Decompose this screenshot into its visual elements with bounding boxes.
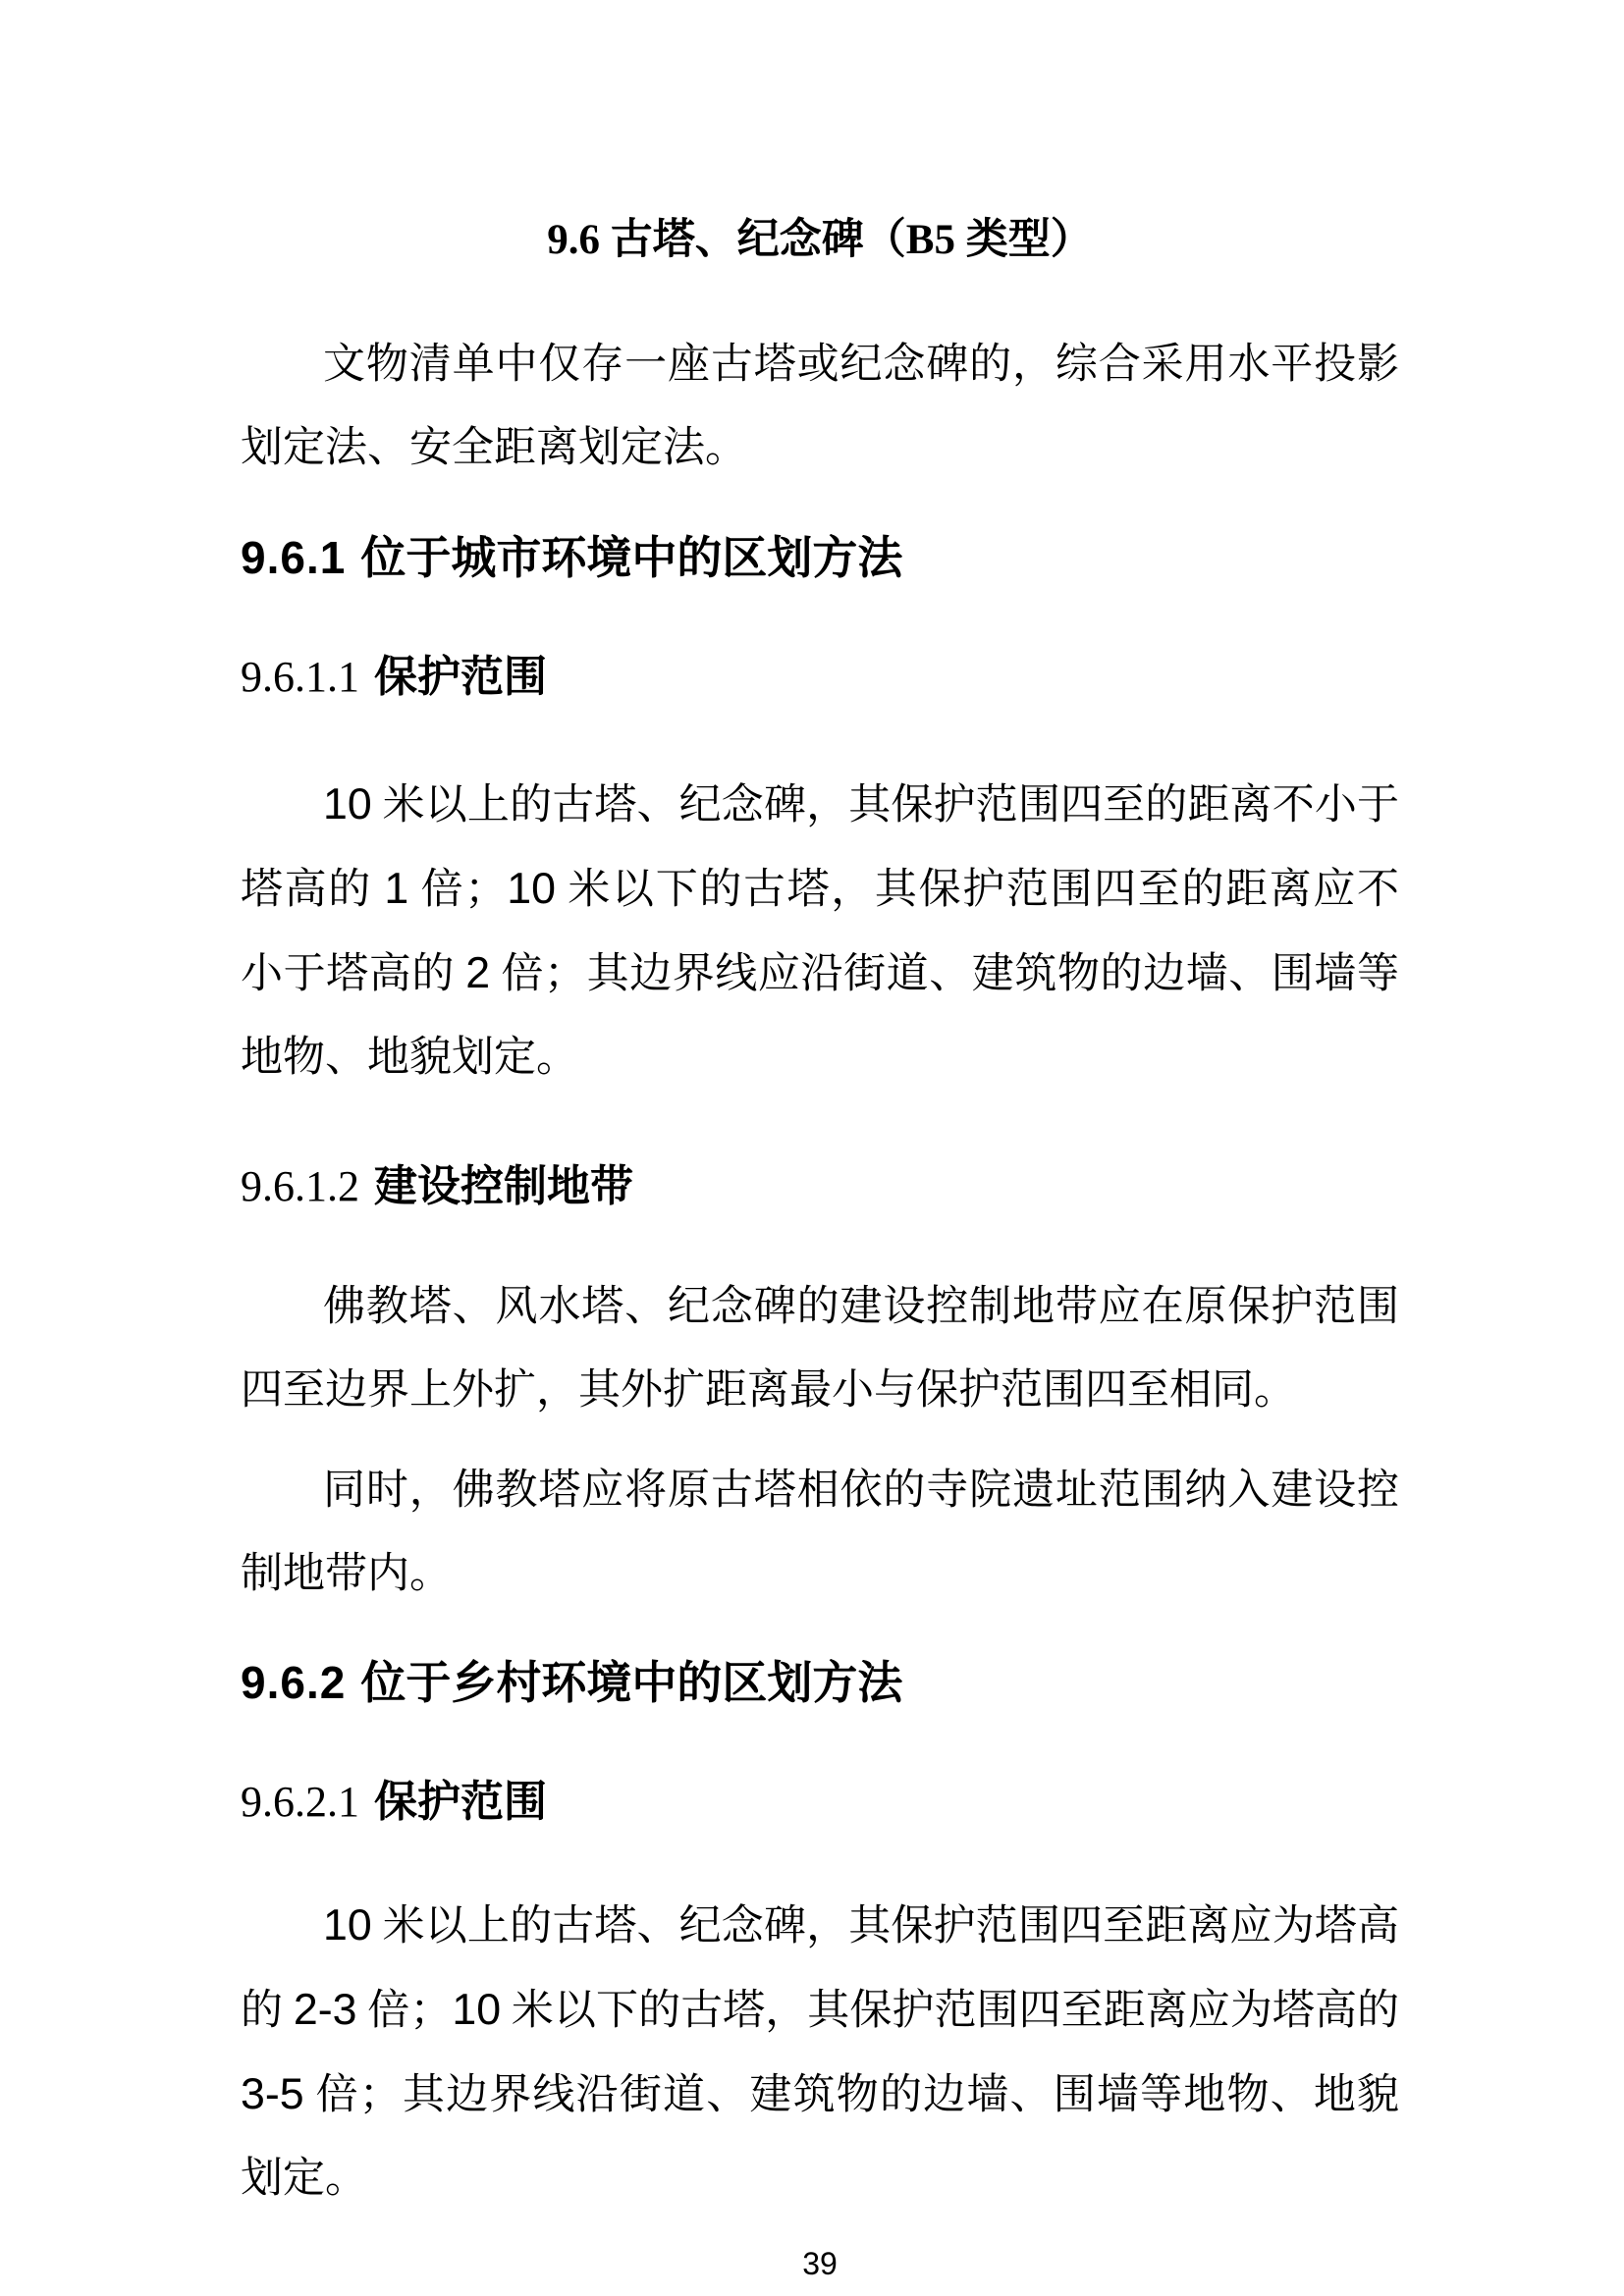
paragraph-run: 倍；其边界线沿街道、建筑物的边墙、围墙等地物、地貌划定。 — [241, 2072, 1399, 2202]
paragraph-run: 倍； — [357, 1988, 453, 2034]
heading-rural-method: 9.6.2位于乡村环境中的区划方法 — [241, 1641, 1399, 1725]
heading-label: 保护范围 — [374, 653, 547, 701]
paragraph-urban-protection: 10 米以上的古塔、纪念碑，其保护范围四至的距离不小于塔高的 1 倍；10 米以… — [241, 763, 1399, 1099]
paragraph-rural-protection: 10 米以上的古塔、纪念碑，其保护范围四至距离应为塔高的 2-3 倍；10 米以… — [241, 1884, 1399, 2220]
document-page: 9.6 古塔、纪念碑（B5 类型） 文物清单中仅存一座古塔或纪念碑的，综合采用水… — [0, 0, 1624, 2296]
value-tower-height-threshold: 10 — [323, 1901, 372, 1949]
heading-number: 9.6.2 — [241, 1657, 346, 1708]
paragraph-urban-control-1: 佛教塔、风水塔、纪念碑的建设控制地带应在原保护范围四至边界上外扩，其外扩距离最小… — [241, 1265, 1399, 1432]
heading-number: 9.6.1.2 — [241, 1162, 359, 1210]
value-multiplier-range: 3-5 — [241, 2070, 304, 2118]
value-tower-height-threshold: 10 — [323, 780, 372, 828]
paragraph-intro: 文物清单中仅存一座古塔或纪念碑的，综合采用水平投影划定法、安全距离划定法。 — [241, 323, 1399, 490]
heading-number: 9.6.1.1 — [241, 653, 359, 701]
heading-label: 保护范围 — [374, 1778, 547, 1826]
value-tower-height-threshold: 10 — [452, 1986, 501, 2034]
paragraph-urban-control-2: 同时，佛教塔应将原古塔相依的寺院遗址范围纳入建设控制地带内。 — [241, 1449, 1399, 1616]
value-multiplier-range: 2-3 — [294, 1986, 357, 2034]
paragraph-run: 米以下的古塔，其保护范围四至距离应为塔高的 — [501, 1988, 1399, 2034]
heading-urban-method: 9.6.1位于城市环境中的区划方法 — [241, 516, 1399, 600]
value-multiplier: 1 — [384, 865, 408, 913]
heading-label: 位于城市环境中的区划方法 — [360, 533, 902, 583]
page-number: 39 — [241, 2244, 1399, 2283]
heading-label: 建设控制地带 — [374, 1162, 633, 1210]
value-tower-height-threshold: 10 — [507, 865, 556, 913]
heading-rural-protection-scope: 9.6.2.1保护范围 — [241, 1760, 1399, 1843]
heading-number: 9.6.1 — [241, 532, 346, 583]
paragraph-run: 倍； — [408, 867, 507, 913]
value-multiplier: 2 — [465, 949, 490, 997]
heading-urban-control-zone: 9.6.1.2建设控制地带 — [241, 1145, 1399, 1228]
document-title: 9.6 古塔、纪念碑（B5 类型） — [241, 198, 1399, 282]
heading-urban-protection-scope: 9.6.1.1保护范围 — [241, 635, 1399, 719]
heading-label: 位于乡村环境中的区划方法 — [360, 1658, 902, 1708]
heading-number: 9.6.2.1 — [241, 1778, 359, 1826]
